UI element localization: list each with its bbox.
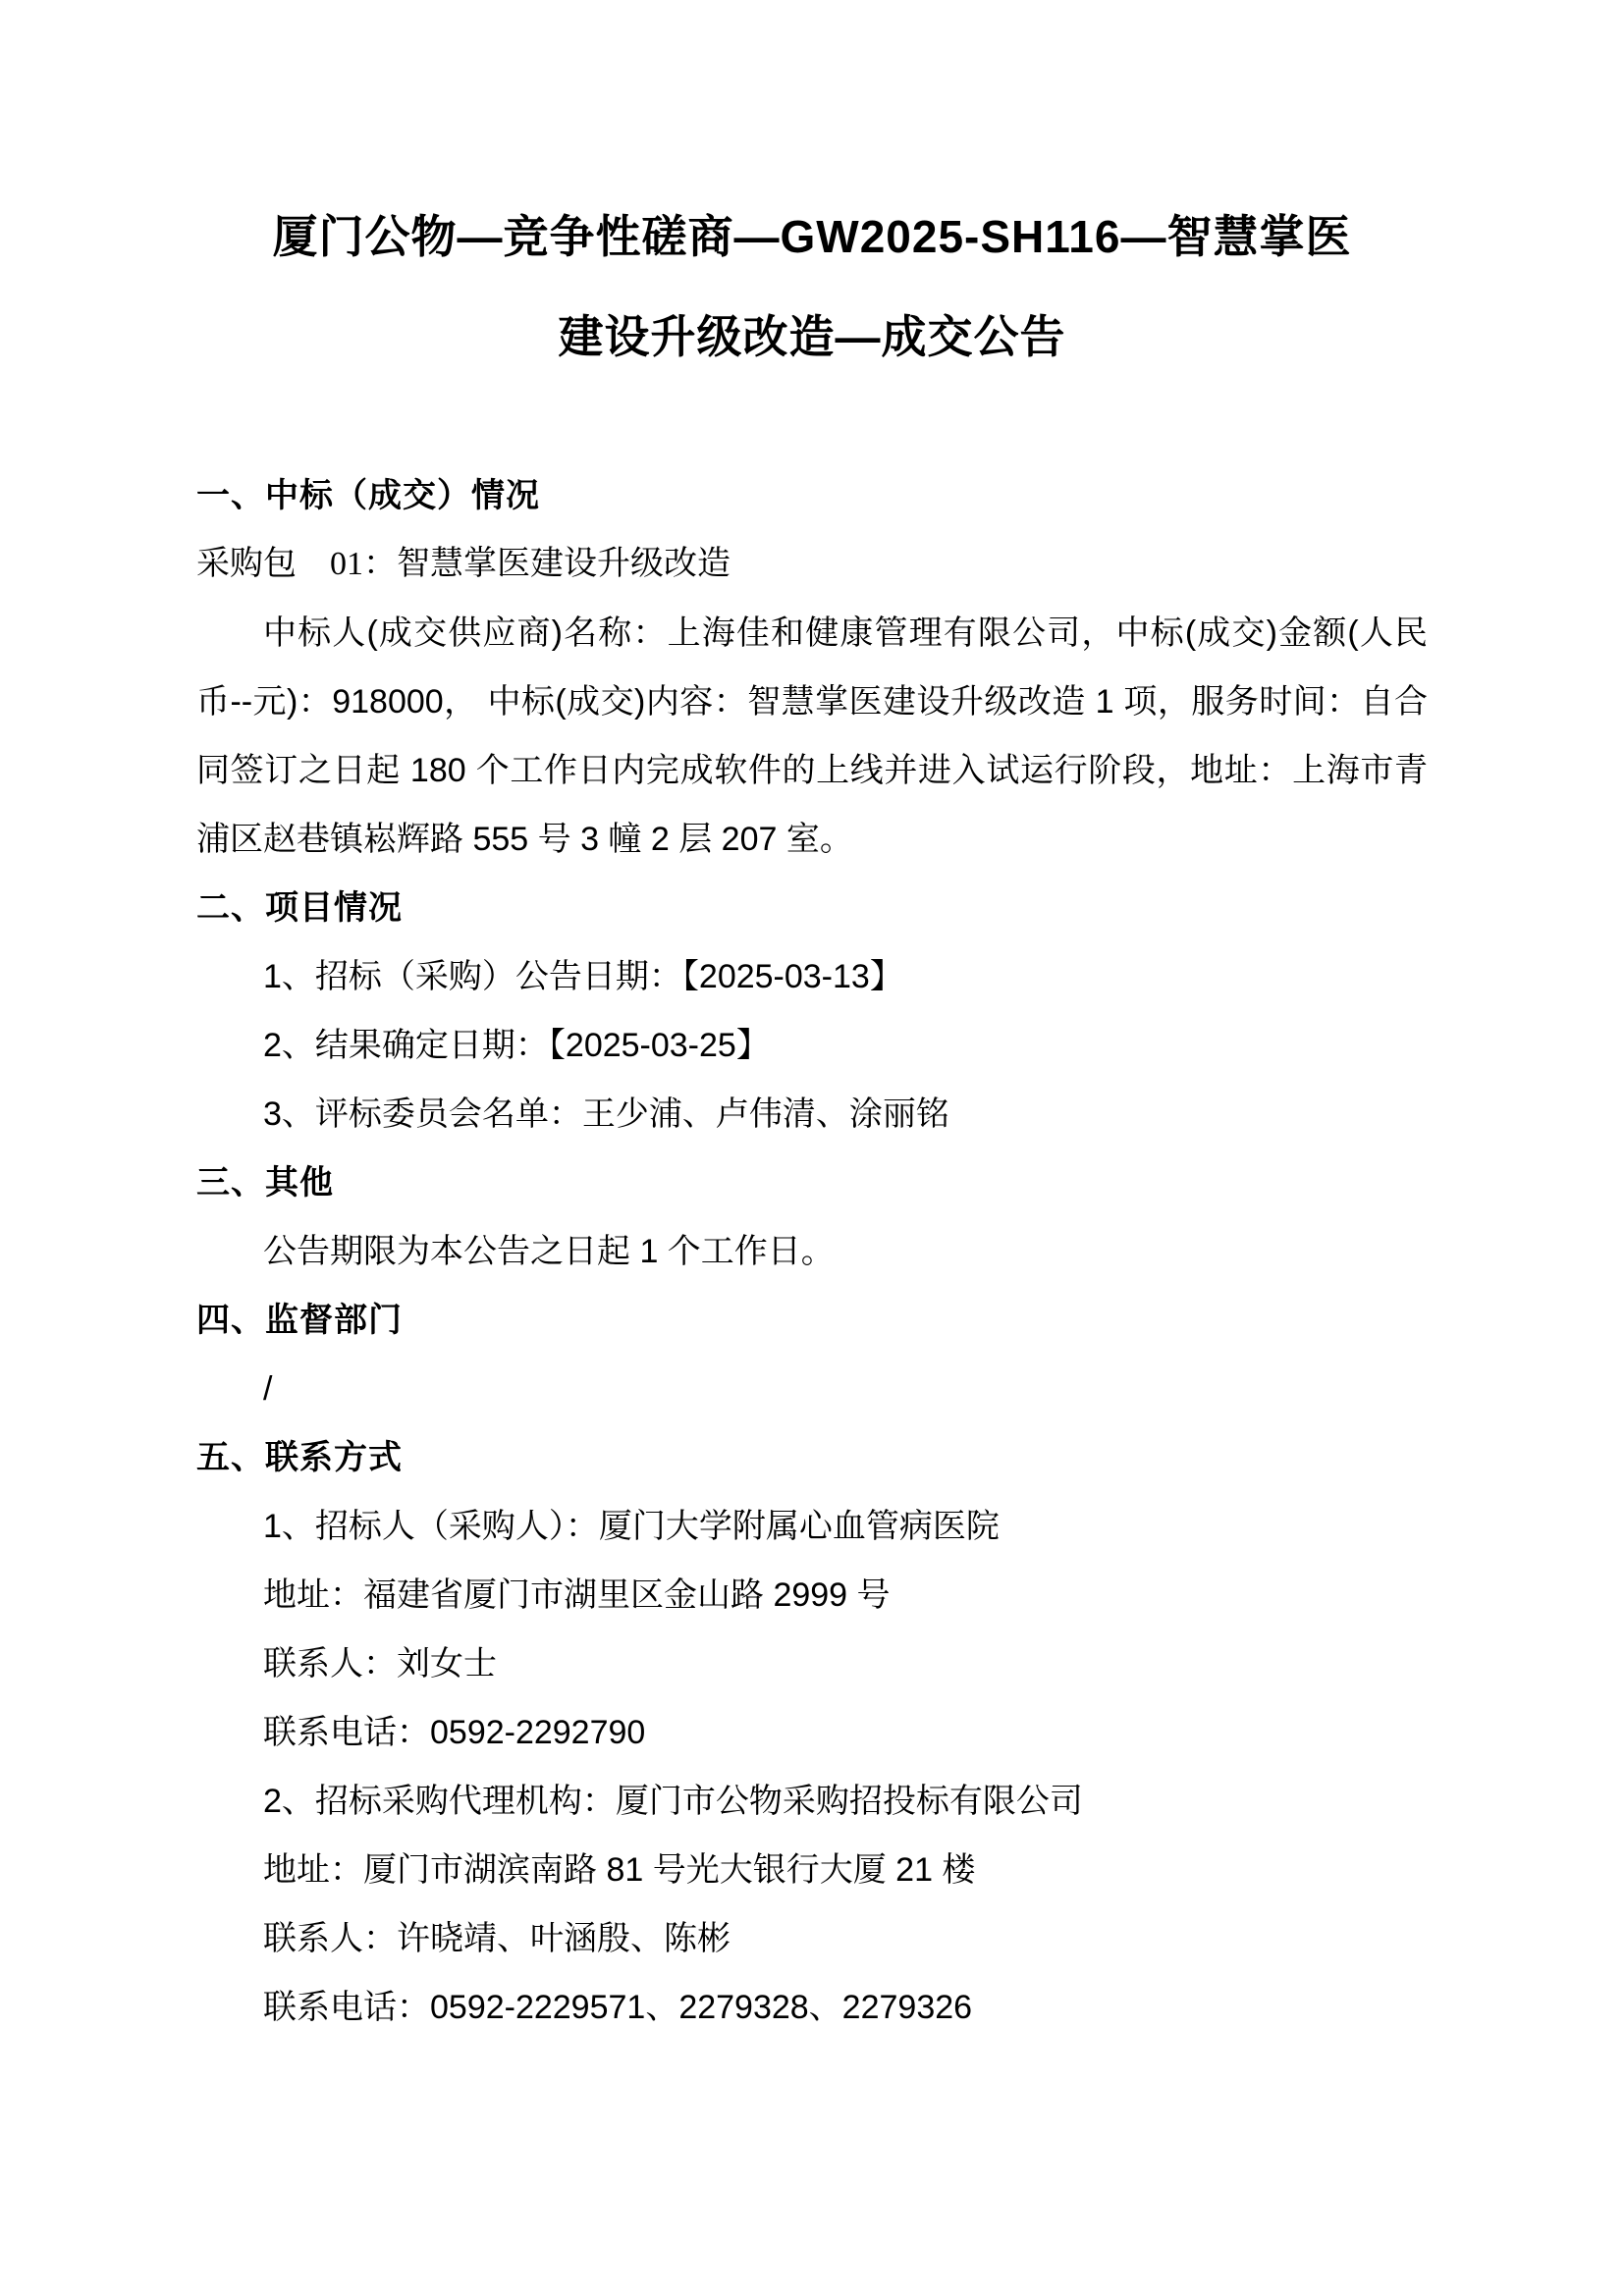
purchaser-address-line: 地址：福建省厦门市湖里区金山路 2999 号 <box>263 1561 1428 1629</box>
section-contact-heading: 五、联系方式 <box>196 1423 1428 1492</box>
document-title: 厦门公物—竞争性磋商—GW2025-SH116—智慧掌医 建设升级改造—成交公告 <box>196 187 1428 387</box>
package-line: 采购包 01：智慧掌医建设升级改造 <box>196 530 1428 599</box>
agency-address-line: 地址：厦门市湖滨南路 81 号光大银行大厦 21 楼 <box>263 1836 1428 1904</box>
supervision-value: / <box>263 1355 1428 1423</box>
title-line-2: 建设升级改造—成交公告 <box>196 287 1428 387</box>
purchaser-contact-line: 联系人：刘女士 <box>263 1629 1428 1698</box>
section-project-heading: 二、项目情况 <box>196 874 1428 942</box>
agency-line: 2、招标采购代理机构：厦门市公物采购招投标有限公司 <box>263 1767 1428 1836</box>
purchaser-line: 1、招标人（采购人）：厦门大学附属心血管病医院 <box>263 1492 1428 1561</box>
award-paragraph: 中标人(成交供应商)名称：上海佳和健康管理有限公司，中标(成交)金额(人民币--… <box>196 599 1428 874</box>
award-notice-date-line: 1、招标（采购）公告日期：【2025-03-13】 <box>263 942 1428 1011</box>
purchaser-phone-line: 联系电话：0592-2292790 <box>263 1698 1428 1767</box>
title-line-1: 厦门公物—竞争性磋商—GW2025-SH116—智慧掌医 <box>196 187 1428 287</box>
document-page: 厦门公物—竞争性磋商—GW2025-SH116—智慧掌医 建设升级改造—成交公告… <box>0 0 1624 2296</box>
document-body: 一、中标（成交）情况 采购包 01：智慧掌医建设升级改造 中标人(成交供应商)名… <box>196 461 1428 2042</box>
section-supervision-heading: 四、监督部门 <box>196 1286 1428 1355</box>
result-date-line: 2、结果确定日期：【2025-03-25】 <box>263 1011 1428 1080</box>
agency-phone-line: 联系电话：0592-2229571、2279328、2279326 <box>263 1973 1428 2042</box>
committee-list-line: 3、评标委员会名单：王少浦、卢伟清、涂丽铭 <box>263 1080 1428 1148</box>
section-award-heading: 一、中标（成交）情况 <box>196 461 1428 530</box>
announcement-period-line: 公告期限为本公告之日起 1 个工作日。 <box>263 1217 1428 1286</box>
section-other-heading: 三、其他 <box>196 1148 1428 1217</box>
agency-contact-line: 联系人：许晓靖、叶涵殷、陈彬 <box>263 1904 1428 1973</box>
